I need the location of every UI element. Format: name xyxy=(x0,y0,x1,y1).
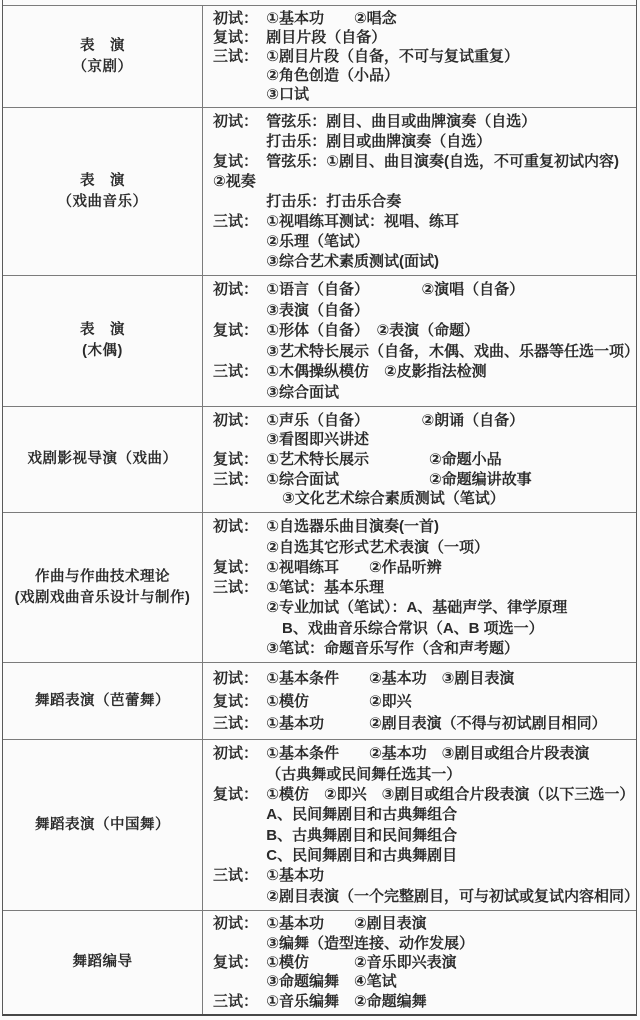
exam-line: ②角色创造（小品） xyxy=(213,66,632,85)
exam-line: 三试：①综合面试 ②命题编讲故事 xyxy=(213,470,632,489)
exam-line-text: ②自选其它形式艺术表演（一项） xyxy=(266,539,489,556)
exam-line-text: ②剧目表演（一个完整剧目，可与初试或复试内容相同） xyxy=(266,888,636,905)
exam-cell: 初试：①声乐（自备） ②朗诵（自备）③看图即兴讲述复试：①艺术特长展示 ②命题小… xyxy=(203,407,636,512)
exam-line: 三试：①音乐编舞 ②命题编舞 xyxy=(213,992,632,1011)
exam-line-text: ③命题编舞 ④笔试 xyxy=(266,973,396,990)
exam-line-text: ①艺术特长展示 ②命题小品 xyxy=(266,451,501,468)
exam-stage-label: 三试： xyxy=(213,47,266,66)
exam-stage-label: 复试： xyxy=(213,450,266,469)
exam-line: ③命题编舞 ④笔试 xyxy=(213,972,632,991)
exam-line-text: ③文化艺术综合素质测试（笔试） xyxy=(282,490,505,507)
exam-line: B、戏曲音乐综合常识（A、B 项选一） xyxy=(213,619,632,638)
exam-line-text: 剧目片段（自备） xyxy=(266,29,386,46)
major-label: 舞蹈编导 xyxy=(73,952,133,973)
exam-table-body: 表 演（京剧）初试：①基本功 ②唱念复试：剧目片段（自备）三试：①剧目片段（自备… xyxy=(3,5,636,1014)
table-row: 戏剧影视导演（戏曲）初试：①声乐（自备） ②朗诵（自备）③看图即兴讲述复试：①艺… xyxy=(3,406,636,512)
exam-line: ③看图即兴讲述 xyxy=(213,430,632,449)
major-cell: 舞蹈表演（中国舞） xyxy=(3,740,203,910)
exam-line-text: ①基本条件 ②基本功 ③剧目或组合片段表演 xyxy=(266,745,589,762)
exam-stage-label: 三试： xyxy=(213,362,266,381)
exam-stage-label: 复试： xyxy=(213,785,266,804)
exam-line-text: ①形体（自备） ②表演（命题） xyxy=(266,322,479,339)
exam-line: 初试：①语言（自备） ②演唱（自备） xyxy=(213,280,632,299)
exam-line-text: ①视唱练耳 ②作品听辨 xyxy=(266,559,441,576)
major-cell: 表 演(木偶) xyxy=(3,276,203,406)
exam-line: C、民间舞剧目和古典舞剧目 xyxy=(213,846,632,865)
major-cell: 舞蹈编导 xyxy=(3,911,203,1014)
major-label: 表 演 xyxy=(80,36,125,57)
exam-line-text: ①声乐（自备） ②朗诵（自备） xyxy=(266,412,524,429)
exam-cell: 初试：管弦乐：剧目、曲目或曲牌演奏（自选）打击乐：剧目或曲牌演奏（自选）复试：管… xyxy=(203,108,636,275)
exam-cell: 初试：①基本条件 ②基本功 ③剧目或组合片段表演（古典舞或民间舞任选其一）复试：… xyxy=(203,740,636,910)
table-row: 表 演（戏曲音乐）初试：管弦乐：剧目、曲目或曲牌演奏（自选）打击乐：剧目或曲牌演… xyxy=(3,107,636,275)
exam-stage-label: 三试： xyxy=(213,578,266,597)
exam-line-text: ①视唱练耳测试：视唱、练耳 xyxy=(266,213,459,230)
exam-line-text: ③表演（自备） xyxy=(266,302,369,319)
exam-line: ③表演（自备） xyxy=(213,301,632,320)
exam-stage-label: 三试： xyxy=(213,992,266,1011)
exam-line: 复试：剧目片段（自备） xyxy=(213,28,632,47)
exam-line: 复试：①形体（自备） ②表演（命题） xyxy=(213,321,632,340)
exam-stage-label: 初试： xyxy=(213,669,266,688)
exam-line-text: ③综合艺术素质测试(面试) xyxy=(266,253,439,270)
exam-line-text: ③艺术特长展示（自备，木偶、戏曲、乐器等任选一项） xyxy=(266,343,636,360)
exam-line: 打击乐：打击乐合奏 xyxy=(213,192,632,211)
exam-line-text: ②角色创造（小品） xyxy=(266,67,399,84)
major-label: 舞蹈表演（中国舞） xyxy=(35,815,170,836)
exam-line-text: ①综合面试 ②命题编讲故事 xyxy=(266,471,531,488)
exam-stage-label: 复试： xyxy=(213,28,266,47)
exam-cell: 初试：①基本功 ②唱念复试：剧目片段（自备）三试：①剧目片段（自备，不可与复试重… xyxy=(203,6,636,107)
major-cell: 作曲与作曲技术理论(戏剧戏曲音乐设计与制作) xyxy=(3,513,203,662)
exam-line: 复试：①模仿 ②音乐即兴表演 xyxy=(213,953,632,972)
exam-line-text: ①木偶操纵模仿 ②皮影指法检测 xyxy=(266,363,486,380)
exam-line: （古典舞或民间舞任选其一） xyxy=(213,765,632,784)
exam-line-text: ②乐理（笔试） xyxy=(266,233,369,250)
exam-line: 复试：①艺术特长展示 ②命题小品 xyxy=(213,450,632,469)
exam-line: ③综合艺术素质测试(面试) xyxy=(213,252,632,271)
exam-line: ③文化艺术综合素质测试（笔试） xyxy=(213,489,632,508)
exam-line-text: （古典舞或民间舞任选其一） xyxy=(266,766,461,783)
major-label: 表 演 xyxy=(80,320,125,341)
major-label: 表 演 xyxy=(80,171,125,192)
exam-line-text: ①基本功 ②唱念 xyxy=(266,10,396,27)
exam-line: 三试：①笔试：基本乐理 xyxy=(213,578,632,597)
exam-line-text: ③综合面试 xyxy=(266,384,339,401)
exam-line-text: B、古典舞剧目和民间舞组合 xyxy=(266,827,457,844)
exam-stage-label: 复试： xyxy=(213,321,266,340)
exam-line: 复试：①模仿 ②即兴 xyxy=(213,692,632,711)
exam-line: A、民间舞剧目和古典舞组合 xyxy=(213,805,632,824)
exam-line: 三试：①剧目片段（自备，不可与复试重复） xyxy=(213,47,632,66)
exam-line-text: ③看图即兴讲述 xyxy=(266,431,369,448)
exam-line-text: ②视奏 xyxy=(213,173,256,190)
exam-line-text: ①音乐编舞 ②命题编舞 xyxy=(266,993,426,1010)
exam-line: 打击乐：剧目或曲牌演奏（自选） xyxy=(213,132,632,151)
exam-line-text: 打击乐：打击乐合奏 xyxy=(266,193,401,210)
major-label: 舞蹈表演（芭蕾舞） xyxy=(35,691,170,712)
exam-line: 初试：①基本功 ②剧目表演 xyxy=(213,914,632,933)
exam-line: 初试：①声乐（自备） ②朗诵（自备） xyxy=(213,411,632,430)
exam-line: 三试：①视唱练耳测试：视唱、练耳 xyxy=(213,212,632,231)
exam-line: ②自选其它形式艺术表演（一项） xyxy=(213,538,632,557)
exam-stage-label: 三试： xyxy=(213,470,266,489)
exam-line: ③口试 xyxy=(213,85,632,104)
exam-line-text: 管弦乐：①剧目、曲目演奏(自选，不可重复初试内容) xyxy=(266,153,619,170)
exam-stage-label: 初试： xyxy=(213,9,266,28)
exam-line: ②剧目表演（一个完整剧目，可与初试或复试内容相同） xyxy=(213,887,632,906)
exam-stage-label: 复试： xyxy=(213,558,266,577)
exam-line-text: ①语言（自备） ②演唱（自备） xyxy=(266,281,524,298)
table-row: 舞蹈编导初试：①基本功 ②剧目表演③编舞（造型连接、动作发展）复试：①模仿 ②音… xyxy=(3,910,636,1014)
exam-stage-label: 初试： xyxy=(213,744,266,763)
exam-line: 初试：①基本条件 ②基本功 ③剧目或组合片段表演 xyxy=(213,744,632,763)
major-label: （京剧） xyxy=(73,57,133,78)
exam-line-text: ③口试 xyxy=(266,86,309,103)
exam-line: ②乐理（笔试） xyxy=(213,232,632,251)
exam-line-text: A、民间舞剧目和古典舞组合 xyxy=(266,806,457,823)
exam-line-text: ①模仿 ②即兴 ③剧目或组合片段表演（以下三选一） xyxy=(266,786,634,803)
exam-line-text: ①自选器乐曲目演奏(一首) xyxy=(266,518,439,535)
exam-line-text: ②专业加试（笔试）：A、基础声学、律学原理 xyxy=(266,599,567,616)
exam-line-text: B、戏曲音乐综合常识（A、B 项选一） xyxy=(282,620,544,637)
exam-line: 初试：管弦乐：剧目、曲目或曲牌演奏（自选） xyxy=(213,112,632,131)
exam-line-text: ①笔试：基本乐理 xyxy=(266,579,384,596)
major-label: (木偶) xyxy=(82,341,123,362)
major-cell: 舞蹈表演（芭蕾舞） xyxy=(3,663,203,739)
exam-stage-label: 三试： xyxy=(213,866,266,885)
exam-stage-label: 三试： xyxy=(213,212,266,231)
major-label: (戏剧戏曲音乐设计与制作) xyxy=(15,588,191,609)
exam-line-text: ③笔试：命题音乐写作（含和声考题） xyxy=(266,640,519,657)
exam-line-text: ①基本功 ②剧目表演 xyxy=(266,915,426,932)
exam-line-text: ①基本功 ②剧目表演（不得与初试剧目相同） xyxy=(266,715,606,732)
exam-table: 表 演（京剧）初试：①基本功 ②唱念复试：剧目片段（自备）三试：①剧目片段（自备… xyxy=(2,0,637,1016)
exam-stage-label: 初试： xyxy=(213,914,266,933)
exam-line: 复试：①模仿 ②即兴 ③剧目或组合片段表演（以下三选一） xyxy=(213,785,632,804)
exam-line: 复试：管弦乐：①剧目、曲目演奏(自选，不可重复初试内容) xyxy=(213,152,632,171)
exam-line: 初试：①自选器乐曲目演奏(一首) xyxy=(213,517,632,536)
exam-stage-label: 三试： xyxy=(213,714,266,733)
exam-line-text: C、民间舞剧目和古典舞剧目 xyxy=(266,847,457,864)
exam-line: 复试：①视唱练耳 ②作品听辨 xyxy=(213,558,632,577)
exam-line-text: 打击乐：剧目或曲牌演奏（自选） xyxy=(266,133,491,150)
major-label: 作曲与作曲技术理论 xyxy=(35,567,170,588)
exam-line: ③综合面试 xyxy=(213,383,632,402)
exam-line-text: ①模仿 ②音乐即兴表演 xyxy=(266,954,456,971)
exam-stage-label: 复试： xyxy=(213,953,266,972)
exam-line: ②专业加试（笔试）：A、基础声学、律学原理 xyxy=(213,598,632,617)
table-row: 舞蹈表演（芭蕾舞）初试：①基本条件 ②基本功 ③剧目表演复试：①模仿 ②即兴三试… xyxy=(3,662,636,739)
exam-line-text: ①基本功 xyxy=(266,867,324,884)
exam-line: ②视奏 xyxy=(213,172,632,191)
exam-stage-label: 初试： xyxy=(213,112,266,131)
table-row: 作曲与作曲技术理论(戏剧戏曲音乐设计与制作)初试：①自选器乐曲目演奏(一首)②自… xyxy=(3,512,636,662)
exam-line: 三试：①基本功 xyxy=(213,866,632,885)
exam-stage-label: 复试： xyxy=(213,692,266,711)
exam-line: ③编舞（造型连接、动作发展） xyxy=(213,934,632,953)
major-cell: 表 演（戏曲音乐） xyxy=(3,108,203,275)
exam-cell: 初试：①基本条件 ②基本功 ③剧目表演复试：①模仿 ②即兴三试：①基本功 ②剧目… xyxy=(203,663,636,739)
exam-line: B、古典舞剧目和民间舞组合 xyxy=(213,826,632,845)
exam-line: 初试：①基本功 ②唱念 xyxy=(213,9,632,28)
exam-line: 三试：①木偶操纵模仿 ②皮影指法检测 xyxy=(213,362,632,381)
exam-line-text: ①剧目片段（自备，不可与复试重复） xyxy=(266,48,519,65)
exam-cell: 初试：①语言（自备） ②演唱（自备）③表演（自备）复试：①形体（自备） ②表演（… xyxy=(203,276,636,406)
exam-stage-label: 初试： xyxy=(213,280,266,299)
major-label: （戏曲音乐） xyxy=(58,192,148,213)
exam-cell: 初试：①自选器乐曲目演奏(一首)②自选其它形式艺术表演（一项）复试：①视唱练耳 … xyxy=(203,513,636,662)
major-cell: 表 演（京剧） xyxy=(3,6,203,107)
table-row: 舞蹈表演（中国舞）初试：①基本条件 ②基本功 ③剧目或组合片段表演（古典舞或民间… xyxy=(3,739,636,910)
exam-stage-label: 复试： xyxy=(213,152,266,171)
exam-line-text: ①基本条件 ②基本功 ③剧目表演 xyxy=(266,670,514,687)
exam-cell: 初试：①基本功 ②剧目表演③编舞（造型连接、动作发展）复试：①模仿 ②音乐即兴表… xyxy=(203,911,636,1014)
major-label: 戏剧影视导演（戏曲） xyxy=(28,449,178,470)
exam-stage-label: 初试： xyxy=(213,517,266,536)
major-cell: 戏剧影视导演（戏曲） xyxy=(3,407,203,512)
exam-line-text: 管弦乐：剧目、曲目或曲牌演奏（自选） xyxy=(266,113,536,130)
exam-stage-label: 初试： xyxy=(213,411,266,430)
exam-line: ③艺术特长展示（自备，木偶、戏曲、乐器等任选一项） xyxy=(213,342,632,361)
exam-line: 初试：①基本条件 ②基本功 ③剧目表演 xyxy=(213,669,632,688)
table-row: 表 演(木偶)初试：①语言（自备） ②演唱（自备）③表演（自备）复试：①形体（自… xyxy=(3,275,636,406)
table-row: 表 演（京剧）初试：①基本功 ②唱念复试：剧目片段（自备）三试：①剧目片段（自备… xyxy=(3,5,636,107)
exam-line: ③笔试：命题音乐写作（含和声考题） xyxy=(213,639,632,658)
exam-line-text: ①模仿 ②即兴 xyxy=(266,693,411,710)
exam-line: 三试：①基本功 ②剧目表演（不得与初试剧目相同） xyxy=(213,714,632,733)
exam-line-text: ③编舞（造型连接、动作发展） xyxy=(266,935,474,952)
